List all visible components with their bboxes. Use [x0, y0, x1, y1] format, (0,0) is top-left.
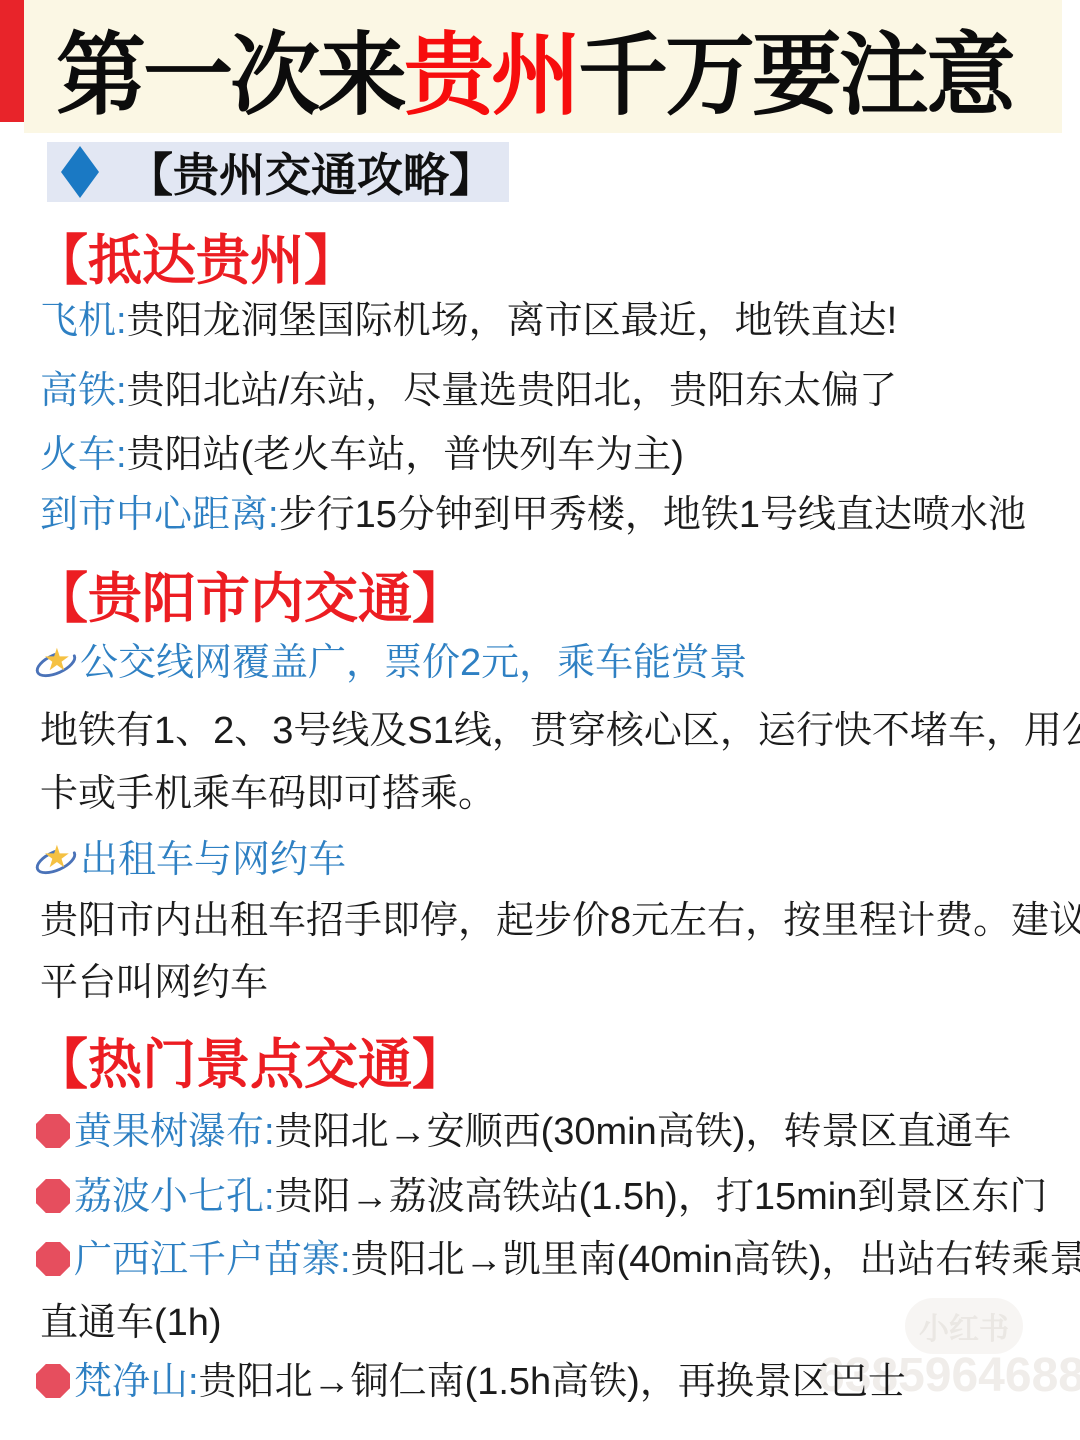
guizhou-travel-infographic: 第一次来贵州 千万要注意 【贵州交通攻略】 【抵达贵州】 飞机:贵阳龙洞堡国际机…: [0, 0, 1080, 1440]
arrival-row-plane: 飞机:贵阳龙洞堡国际机场，离市区最近，地铁直达!: [40, 300, 897, 344]
spot-name: 广西江千户苗寨:: [74, 1239, 351, 1281]
spot-text: 贵阳北→铜仁南(1.5h高铁)，再换景区巴士: [199, 1361, 906, 1403]
spot-row-huangguoshu: 黄果树瀑布:贵阳北→安顺西(30min高铁)，转景区直通车: [36, 1111, 1011, 1155]
xiaohongshu-watermark-badge: 小红书: [905, 1298, 1023, 1354]
taxi-paragraph-line1: 贵阳市内出租车招手即停，起步价8元左右，按里程计费。建议用: [40, 900, 1080, 944]
spot-text: 贵阳→荔波高铁站(1.5h)，打15min到景区东门: [275, 1176, 1048, 1218]
title-part2: 千万要注意: [578, 2, 1013, 132]
arrival-label: 到市中心距离:: [40, 494, 279, 536]
spot-name: 梵净山:: [74, 1361, 199, 1403]
dizzy-star-icon: [32, 838, 78, 884]
city-tip-bus-text: 公交线网覆盖广，票价2元，乘车能赏景: [80, 642, 747, 686]
arrival-text: 步行15分钟到甲秀楼，地铁1号线直达喷水池: [279, 494, 1026, 536]
arrival-text: 贵阳龙洞堡国际机场，离市区最近，地铁直达!: [127, 300, 898, 342]
dizzy-star-icon: [32, 641, 78, 687]
arrival-row-train: 火车:贵阳站(老火车站，普快列车为主): [40, 434, 684, 478]
transport-guide-label: 【贵州交通攻略】: [127, 139, 495, 205]
transport-guide-tag: 【贵州交通攻略】: [47, 142, 509, 202]
blue-diamond-icon: [61, 146, 99, 198]
red-octagon-bullet-icon: [36, 1114, 70, 1148]
arrival-text: 贵阳北站/东站，尽量选贵阳北，贵阳东太偏了: [127, 370, 898, 412]
corner-accent-strip: [0, 0, 26, 122]
red-octagon-bullet-icon: [36, 1179, 70, 1213]
xiaohongshu-watermark-label: 小红书: [919, 1304, 1009, 1348]
arrival-label: 火车:: [40, 434, 127, 476]
red-octagon-bullet-icon: [36, 1242, 70, 1276]
spot-row-miao-village-cont: 直通车(1h): [40, 1302, 222, 1346]
spot-name: 荔波小七孔:: [74, 1176, 275, 1218]
arrival-text: 贵阳站(老火车站，普快列车为主): [127, 434, 684, 476]
city-section-heading: 【贵阳市内交通】: [34, 556, 466, 633]
city-tip-bus: 公交线网覆盖广，票价2元，乘车能赏景: [32, 641, 747, 687]
arrival-label: 高铁:: [40, 370, 127, 412]
title-part1: 第一次来: [56, 2, 404, 132]
metro-paragraph-line2: 卡或手机乘车码即可搭乘。: [40, 773, 496, 817]
spot-name: 黄果树瀑布:: [74, 1111, 275, 1153]
spots-section-heading: 【热门景点交通】: [34, 1022, 466, 1099]
arrival-label: 飞机:: [40, 300, 127, 342]
city-tip-taxi: 出租车与网约车: [32, 838, 346, 884]
arrival-row-highspeed: 高铁:贵阳北站/东站，尽量选贵阳北，贵阳东太偏了: [40, 370, 897, 414]
arrival-row-downtown: 到市中心距离:步行15分钟到甲秀楼，地铁1号线直达喷水池: [40, 494, 1026, 538]
spot-row-miao-village: 广西江千户苗寨:贵阳北→凯里南(40min高铁)，出站右转乘景区: [36, 1239, 1080, 1283]
spot-text: 贵阳北→凯里南(40min高铁)，出站右转乘景区: [351, 1239, 1080, 1281]
arrival-section-heading: 【抵达贵州】: [34, 218, 358, 295]
red-octagon-bullet-icon: [36, 1364, 70, 1398]
spot-row-fanjingshan: 梵净山:贵阳北→铜仁南(1.5h高铁)，再换景区巴士: [36, 1361, 906, 1405]
spot-text: 贵阳北→安顺西(30min高铁)，转景区直通车: [275, 1111, 1012, 1153]
spot-row-libo: 荔波小七孔:贵阳→荔波高铁站(1.5h)，打15min到景区东门: [36, 1176, 1047, 1220]
title-banner: 第一次来贵州 千万要注意: [24, 0, 1062, 133]
metro-paragraph-line1: 地铁有1、2、3号线及S1线，贯穿核心区，运行快不堵车，用公交: [40, 710, 1080, 754]
city-tip-taxi-text: 出租车与网约车: [80, 839, 346, 883]
taxi-paragraph-line2: 平台叫网约车: [40, 962, 268, 1006]
title-highlight: 贵州: [404, 2, 578, 132]
